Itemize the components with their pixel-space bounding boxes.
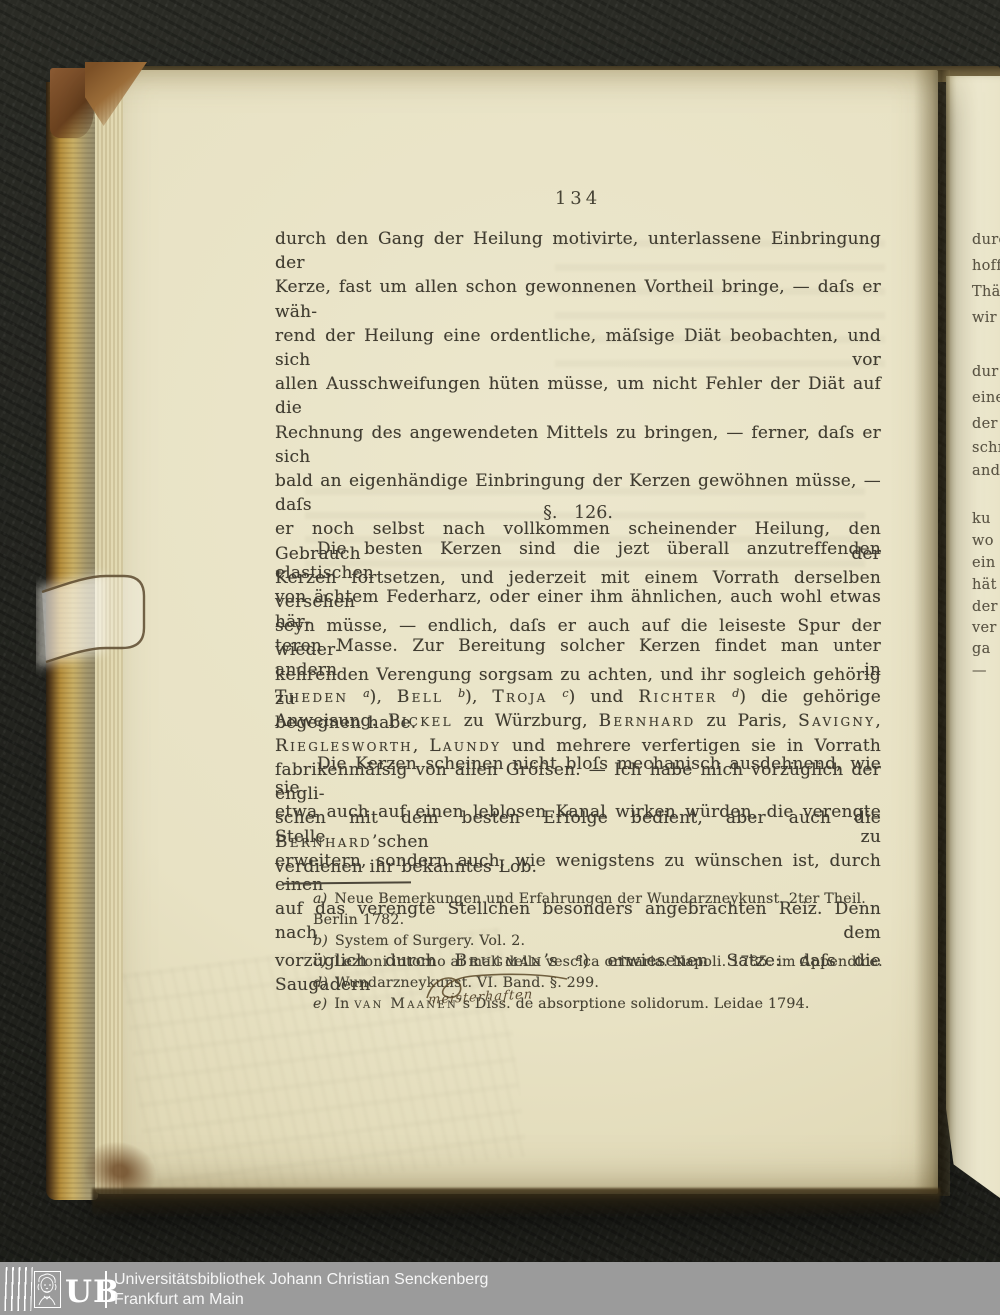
text-line: b)System of Surgery. Vol. 2. <box>313 931 903 952</box>
footnote-block: a)Neue Bemerkungen und Erfahrungen der W… <box>313 889 903 1015</box>
next-page-sliver: durch hoffe Thä wir dur eine der schr an… <box>946 76 1000 1198</box>
book-page: 134 durch den Gang der Heilung motivirte… <box>95 70 938 1194</box>
next-page-text-fragment: hoffe <box>972 258 1000 274</box>
next-page-text-fragment: wo <box>972 533 994 549</box>
text-line: rend der Heilung eine ordentliche, mäſsi… <box>275 324 881 372</box>
book-scan-photo: durch hoffe Thä wir dur eine der schr an… <box>0 0 1000 1315</box>
text-line: c)Lezioni intorno ai mali della vescica … <box>313 952 903 973</box>
logo-divider <box>105 1271 107 1308</box>
next-page-text-fragment: ver <box>972 620 997 636</box>
library-name: Universitätsbibliothek Johann Christian … <box>114 1270 488 1290</box>
next-page-text-fragment: ga <box>972 641 991 657</box>
text-line: von ächtem Federharz, oder einer ihm ähn… <box>275 585 881 633</box>
worn-corner-top-left <box>85 62 147 126</box>
page-bottom-shadow <box>92 1188 940 1218</box>
senckenberg-portrait-icon <box>34 1271 61 1308</box>
text-line: Anweisung. Pickel zu Würzburg, Bernhard … <box>275 709 881 733</box>
library-city: Frankfurt am Main <box>114 1290 488 1310</box>
text-line: durch den Gang der Heilung motivirte, un… <box>275 227 881 275</box>
text-line: Die besten Kerzen sind die jezt überall … <box>275 537 881 585</box>
next-page-text-fragment: Thä <box>972 284 1000 300</box>
next-page-text-fragment: hät <box>972 577 997 593</box>
text-line: e)In van Maanen’s Diss. de absorptione s… <box>313 994 903 1015</box>
page-holder-clip <box>36 552 176 678</box>
next-page-text-fragment: wir <box>972 310 997 326</box>
next-page-text-fragment: ein <box>972 555 995 571</box>
next-page-text-fragment: schr <box>972 440 1000 456</box>
text-line: Die Kerzen scheinen nicht bloſs mechanis… <box>275 752 881 800</box>
ub-logo-text: UB <box>65 1274 120 1310</box>
next-page-text-fragment: der <box>972 599 998 615</box>
library-footer-bar: UB Universitätsbibliothek Johann Christi… <box>0 1262 1000 1315</box>
next-page-text-fragment: and <box>972 463 1000 479</box>
library-name-lines: Universitätsbibliothek Johann Christian … <box>114 1270 488 1310</box>
next-page-text-fragment: der <box>972 416 998 432</box>
gutter-shadow <box>914 70 950 1196</box>
text-line: Rechnung des angewendeten Mittels zu bri… <box>275 421 881 469</box>
text-line: Theden a), Bell b), Troja c) und Richter… <box>275 682 881 709</box>
text-line: a)Neue Bemerkungen und Erfahrungen der W… <box>313 889 903 931</box>
text-line: d)Wundarzneykunst. VI. Band. §. 299. <box>313 973 903 994</box>
next-page-text-fragment: eine <box>972 390 1000 406</box>
next-page-text-fragment: dur <box>972 364 998 380</box>
page-number: 134 <box>275 188 881 209</box>
ub-logo-stripes-icon <box>4 1267 33 1311</box>
next-page-text-fragment: ku <box>972 511 991 527</box>
text-line: teren Masse. Zur Bereitung solcher Kerze… <box>275 634 881 682</box>
next-page-text-fragment: durch <box>972 232 1000 248</box>
section-heading: §. 126. <box>275 503 881 523</box>
text-line: etwa auch auf einen leblosen Kanal wirke… <box>275 800 881 848</box>
text-line: allen Ausschweifungen hüten müsse, um ni… <box>275 372 881 420</box>
text-line: Kerze, fast um allen schon gewonnenen Vo… <box>275 275 881 323</box>
next-page-text-fragment: — <box>972 663 987 679</box>
